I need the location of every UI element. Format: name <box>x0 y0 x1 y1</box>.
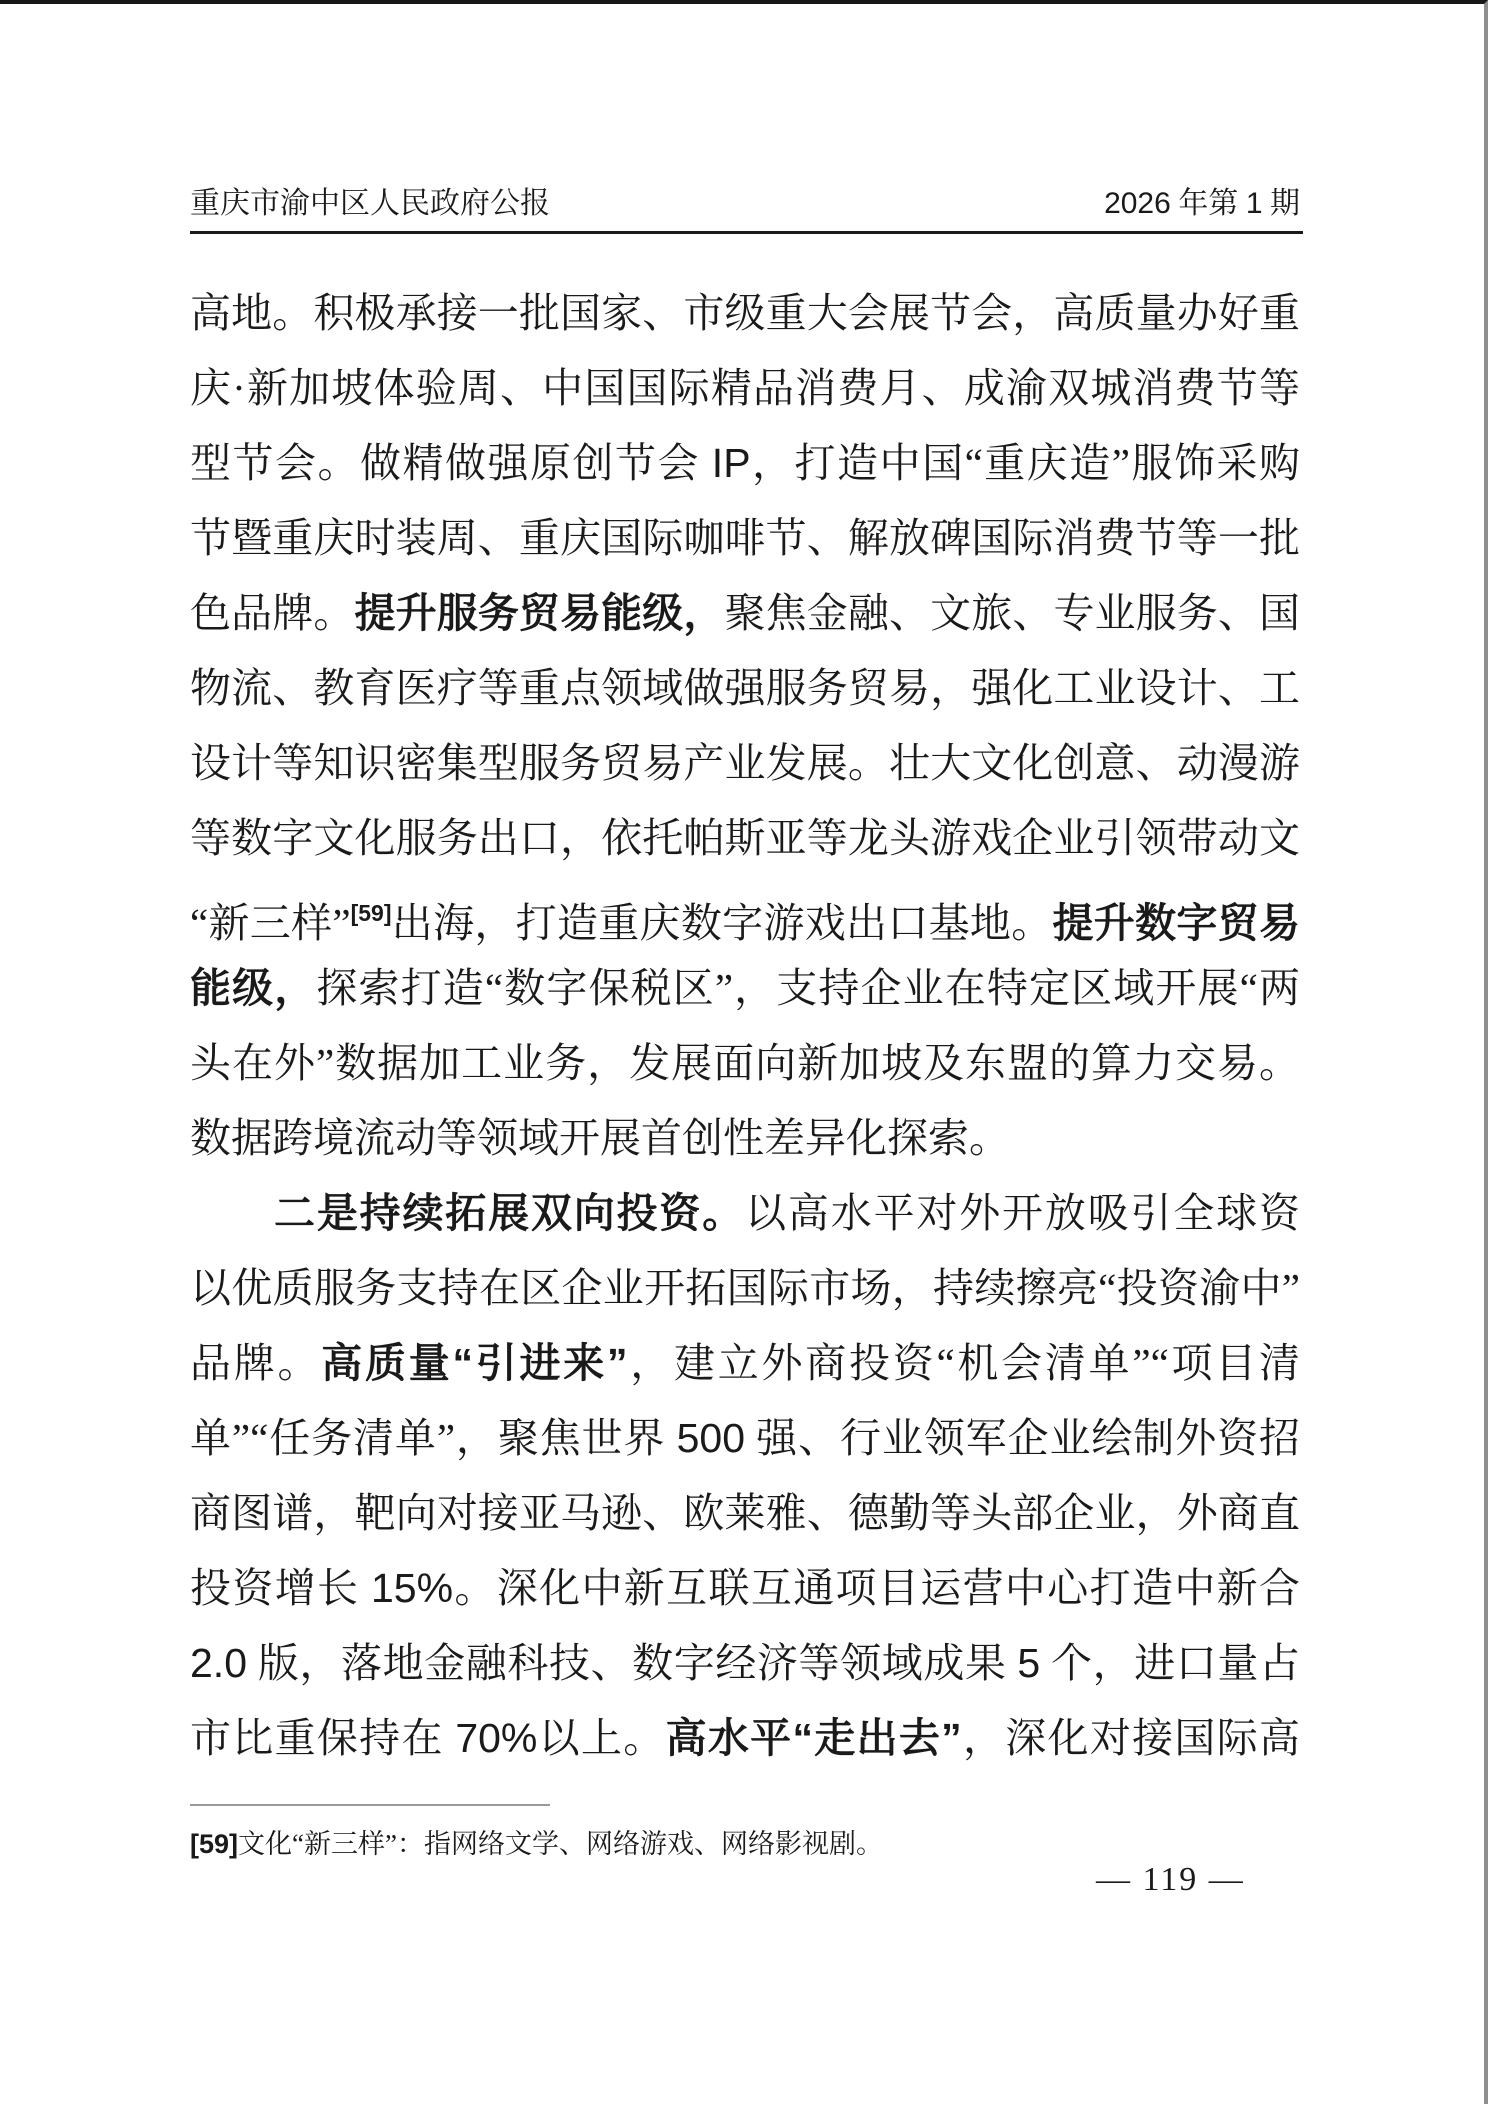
text-segment: 出海，打造重庆数字游戏出口基地。 <box>391 900 1052 946</box>
body-line: “新三样”[59]出海，打造重庆数字游戏出口基地。提升数字贸易 <box>190 876 1300 951</box>
footnote-divider <box>190 1804 550 1806</box>
body-line: 色品牌。提升服务贸易能级，聚焦金融、文旅、专业服务、国际 <box>190 576 1300 651</box>
body-line: 商图谱，靶向对接亚马逊、欧莱雅、德勤等头部企业，外商直接 <box>190 1476 1300 1551</box>
text-segment: 高水平“走出去” <box>666 1715 962 1761</box>
text-segment: 强、行业领军企业绘制外资招 <box>745 1415 1300 1461</box>
text-segment: 1 <box>1246 187 1263 220</box>
text-segment: 高地。积极承接一批国家、市级重大会展节会，高质量办好重 <box>190 290 1300 336</box>
body-line: 头在外”数据加工业务，发展面向新加坡及东盟的算力交易。在 <box>190 1026 1300 1101</box>
text-segment: 文化“新三样”：指网络文学、网络游戏、网络影视剧。 <box>238 1829 883 1859</box>
text-segment: 2.0 <box>190 1640 247 1686</box>
text-segment: 提升数字贸易 <box>1053 900 1300 946</box>
text-segment: 期 <box>1263 187 1301 220</box>
text-segment: 版，落地金融科技、数字经济等领域成果 <box>247 1640 1017 1686</box>
text-segment: 能级， <box>190 965 316 1011</box>
text-segment: “新三样” <box>190 900 351 946</box>
body-line: 物流、教育医疗等重点领域做强服务贸易，强化工业设计、工程 <box>190 651 1300 726</box>
body-line: 2.0 版，落地金融科技、数字经济等领域成果 5 个，进口量占全 <box>190 1626 1300 1701</box>
text-segment: 头在外”数据加工业务，发展面向新加坡及东盟的算力交易。在 <box>190 1040 1300 1101</box>
gazette-title: 重庆市渝中区人民政府公报 <box>190 184 550 224</box>
text-segment: 型节会。做精做强原创节会 <box>190 440 712 486</box>
body-line: 单”“任务清单”，聚焦世界 500 强、行业领军企业绘制外资招 <box>190 1401 1300 1476</box>
body-line: 等数字文化服务出口，依托帕斯亚等龙头游戏企业引领带动文化 <box>190 801 1300 876</box>
text-segment: 年第 <box>1171 187 1246 220</box>
page-number: — 119 — <box>1096 1860 1245 1900</box>
body-line: 数据跨境流动等领域开展首创性差异化探索。 <box>190 1101 1300 1176</box>
body-line: 投资增长 15%。深化中新互联互通项目运营中心打造中新合作 <box>190 1551 1300 1626</box>
text-segment: 70% <box>455 1715 537 1761</box>
body-line: 庆·新加坡体验周、中国国际精品消费月、成渝双城消费节等大 <box>190 351 1300 426</box>
text-segment: 以优质服务支持在区企业开拓国际市场，持续擦亮“投资渝中” <box>190 1265 1300 1311</box>
text-segment: 投资增长 <box>190 1565 371 1611</box>
text-segment: 品牌。 <box>190 1340 321 1386</box>
text-segment: 500 <box>677 1415 745 1461</box>
text-segment: 探索打造“数字保税区”，支持企业在特定区域开展“两 <box>316 965 1300 1011</box>
text-segment: [59] <box>190 1829 238 1859</box>
page-header: 重庆市渝中区人民政府公报 2026 年第 1 期 <box>190 184 1300 224</box>
body-line: 二是持续拓展双向投资。以高水平对外开放吸引全球资本、 <box>190 1176 1300 1251</box>
body-line: 市比重保持在 70%以上。高水平“走出去”，深化对接国际高标 <box>190 1701 1300 1776</box>
text-segment: IP <box>712 440 751 486</box>
body-line: 型节会。做精做强原创节会 IP，打造中国“重庆造”服饰采购 <box>190 426 1300 501</box>
text-segment: 庆·新加坡体验周、中国国际精品消费月、成渝双城消费节等大 <box>190 365 1300 426</box>
text-segment: 物流、教育医疗等重点领域做强服务贸易，强化工业设计、工程 <box>190 665 1300 726</box>
text-segment: 15% <box>371 1565 453 1611</box>
header-divider <box>190 231 1303 234</box>
body-line: 高地。积极承接一批国家、市级重大会展节会，高质量办好重 <box>190 276 1300 351</box>
issue-label: 2026 年第 1 期 <box>1104 184 1300 224</box>
text-segment: 提升服务贸易能级， <box>354 590 724 636</box>
text-segment: 数据跨境流动等领域开展首创性差异化探索。 <box>190 1115 1010 1161</box>
body-line: 节暨重庆时装周、重庆国际咖啡节、解放碑国际消费节等一批特 <box>190 501 1300 576</box>
gazette-page: 重庆市渝中区人民政府公报 2026 年第 1 期 高地。积极承接一批国家、市级重… <box>0 0 1488 2104</box>
text-segment: 高质量“引进来” <box>321 1340 627 1386</box>
text-segment: 节暨重庆时装周、重庆国际咖啡节、解放碑国际消费节等一批特 <box>190 515 1300 576</box>
text-segment: 2026 <box>1104 187 1171 220</box>
text-segment: 以上。 <box>537 1715 665 1761</box>
body-line: 以优质服务支持在区企业开拓国际市场，持续擦亮“投资渝中” <box>190 1251 1300 1326</box>
body-line: 能级，探索打造“数字保税区”，支持企业在特定区域开展“两 <box>190 951 1300 1026</box>
text-segment: ，建立外商投资“机会清单”“项目清 <box>627 1340 1300 1386</box>
document-body: 高地。积极承接一批国家、市级重大会展节会，高质量办好重庆·新加坡体验周、中国国际… <box>190 276 1300 1776</box>
text-segment: 单”“任务清单”，聚焦世界 <box>190 1415 677 1461</box>
text-segment: 商图谱，靶向对接亚马逊、欧莱雅、德勤等头部企业，外商直接 <box>190 1490 1300 1551</box>
text-segment: 设计等知识密集型服务贸易产业发展。壮大文化创意、动漫游戏 <box>190 740 1300 801</box>
text-segment: 色品牌。 <box>190 590 354 636</box>
text-segment: ，打造中国“重庆造”服饰采购 <box>751 440 1300 486</box>
text-segment: 市比重保持在 <box>190 1715 455 1761</box>
text-segment: 二是持续拓展双向投资。 <box>274 1190 745 1236</box>
body-line: 品牌。高质量“引进来”，建立外商投资“机会清单”“项目清 <box>190 1326 1300 1401</box>
text-segment: 5 <box>1017 1640 1040 1686</box>
footnote: [59]文化“新三样”：指网络文学、网络游戏、网络影视剧。 <box>190 1824 1300 1864</box>
text-segment: [59] <box>351 900 392 926</box>
body-line: 设计等知识密集型服务贸易产业发展。壮大文化创意、动漫游戏 <box>190 726 1300 801</box>
text-segment: 等数字文化服务出口，依托帕斯亚等龙头游戏企业引领带动文化 <box>190 815 1300 876</box>
